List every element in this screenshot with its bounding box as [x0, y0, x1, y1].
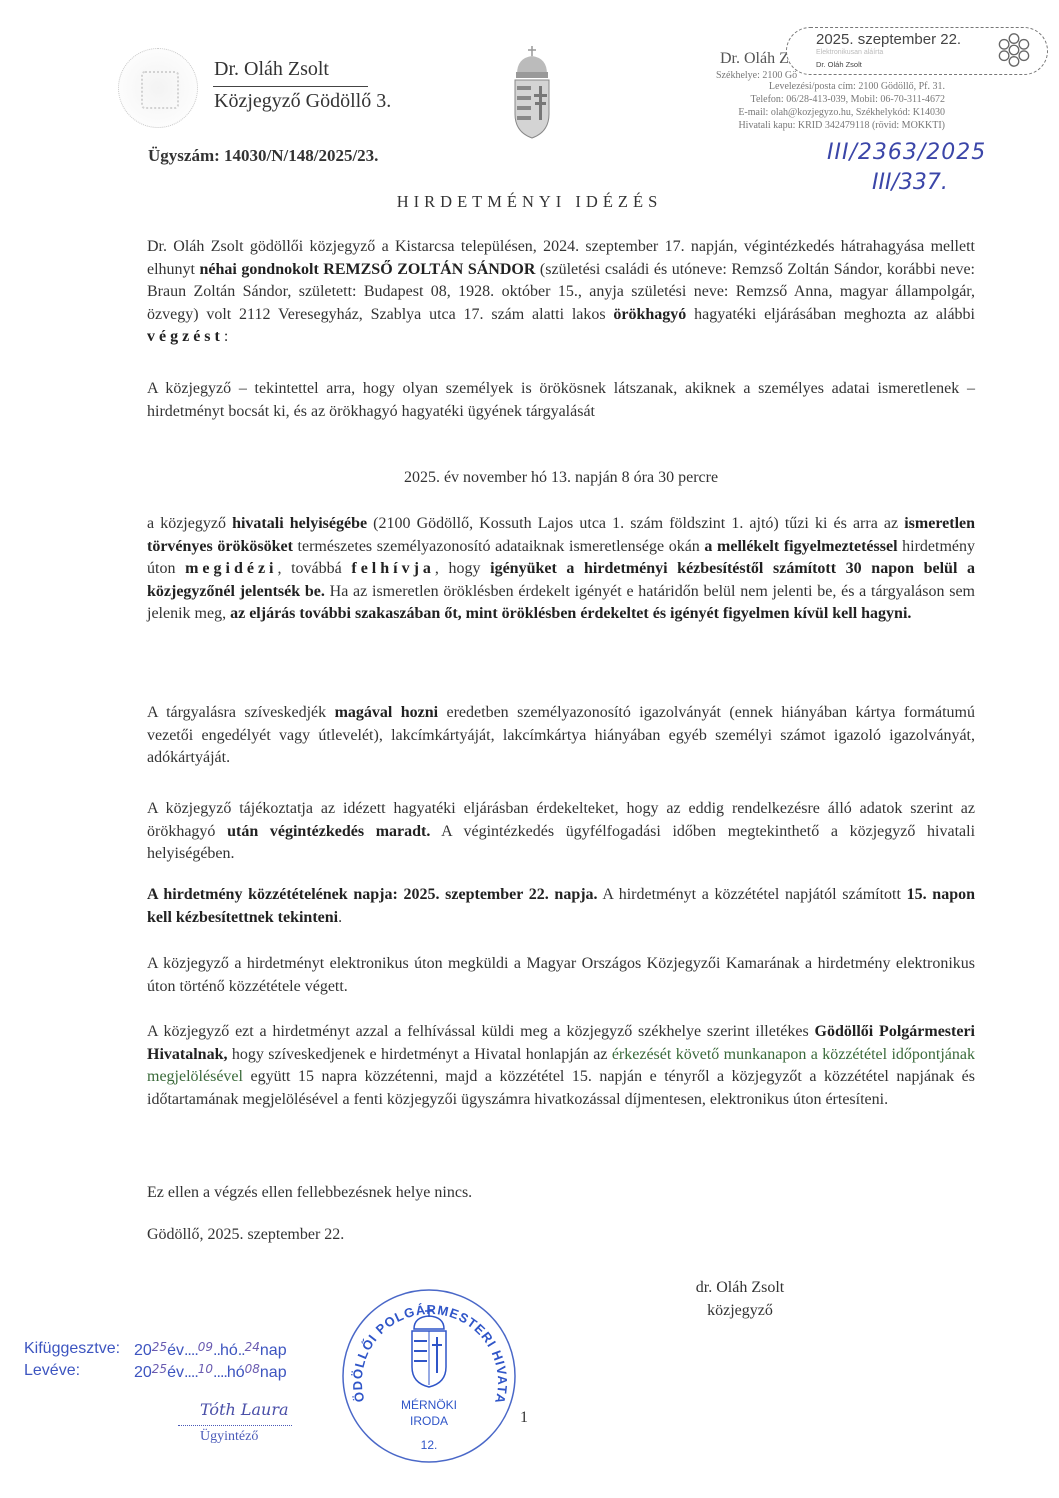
svg-text:MÉRNÖKI: MÉRNÖKI — [401, 1397, 457, 1412]
paragraph-notice: A közjegyző – tekintettel arra, hogy oly… — [147, 378, 975, 423]
paragraph-chamber: A közjegyző a hirdetményt elektronikus ú… — [147, 953, 975, 998]
page-number: 1 — [520, 1409, 528, 1427]
esig-subtitle: Elektronikusan aláírta — [816, 49, 883, 56]
seal-rosette-icon — [995, 31, 1033, 69]
signatory-name: dr. Oláh Zsolt — [650, 1276, 830, 1299]
case-number: Ügyszám: 14030/N/148/2025/23. — [148, 146, 378, 166]
posted-date-row: 2025év....09..hó..24nap — [134, 1340, 287, 1360]
clerk-signature-line — [178, 1425, 292, 1426]
document-title: HIRDETMÉNYI IDÉZÉS — [0, 192, 1059, 212]
municipal-round-stamp: GÖDÖLLŐI POLGÁRMESTERI HIVATAL MÉRNÖKI I… — [340, 1287, 518, 1465]
notary-contact-block: Levelezési/posta cím: 2100 Gödöllő, Pf. … — [735, 80, 945, 132]
notary-name: Dr. Oláh Zsolt — [214, 58, 329, 81]
deceased-name: néhai gondnokolt REMZSŐ ZOLTÁN SÁNDOR — [200, 261, 536, 278]
paragraph-documents: A tárgyalásra szíveskedjék magával hozni… — [147, 702, 975, 770]
place-and-date: Gödöllő, 2025. szeptember 22. — [147, 1226, 344, 1244]
hungarian-coat-of-arms-icon — [511, 44, 553, 140]
header-divider — [213, 86, 368, 87]
paragraph-intro: Dr. Oláh Zsolt gödöllői közjegyző a Kist… — [147, 236, 975, 349]
postal-address: Levelezési/posta cím: 2100 Gödöllő, Pf. … — [735, 80, 945, 93]
notary-office: Közjegyző Gödöllő 3. — [214, 90, 391, 113]
handwritten-registry-number: III/2363/2025 — [827, 140, 986, 165]
signature-block: dr. Oláh Zsolt közjegyző — [650, 1276, 830, 1322]
phone-numbers: Telefon: 06/28-413-039, Mobil: 06-70-311… — [735, 93, 945, 106]
notary-seal-watermark — [118, 48, 198, 128]
paragraph-summons: a közjegyző hivatali helyiségébe (2100 G… — [147, 513, 975, 626]
esig-date: 2025. szeptember 22. — [816, 31, 961, 48]
paragraph-appeal: Ez ellen a végzés ellen fellebbezésnek h… — [147, 1182, 975, 1205]
paragraph-publication-date: A hirdetmény közzétételének napja: 2025.… — [147, 884, 975, 929]
removed-label: Levéve: — [24, 1362, 80, 1380]
esig-signer: Dr. Oláh Zsolt — [816, 60, 862, 69]
clerk-signature: Tóth Laura — [200, 1400, 289, 1419]
office-gateway: Hivatali kapu: KRID 342479118 (rövid: MO… — [735, 119, 945, 132]
email-and-code: E-mail: olah@kozjegyzo.hu, Székhelykód: … — [735, 106, 945, 119]
paragraph-municipality: A közjegyző ezt a hirdetményt azzal a fe… — [147, 1021, 975, 1111]
svg-text:GÖDÖLLŐI POLGÁRMESTERI HIVATAL: GÖDÖLLŐI POLGÁRMESTERI HIVATAL — [340, 1287, 510, 1406]
hearing-date: 2025. év november hó 13. napján 8 óra 30… — [147, 467, 975, 490]
posted-label: Kifüggesztve: — [24, 1340, 120, 1358]
signatory-role: közjegyző — [650, 1299, 830, 1322]
removed-date-row: 2025év....10....hó08nap — [134, 1362, 287, 1382]
svg-text:12.: 12. — [421, 1438, 438, 1452]
coat-of-arms-icon — [412, 1307, 446, 1387]
svg-text:IRODA: IRODA — [410, 1414, 448, 1428]
notary-name-right: Dr. Oláh Z — [720, 50, 789, 68]
paragraph-will-info: A közjegyző tájékoztatja az idézett hagy… — [147, 798, 975, 866]
clerk-label: Ügyintéző — [200, 1429, 258, 1445]
